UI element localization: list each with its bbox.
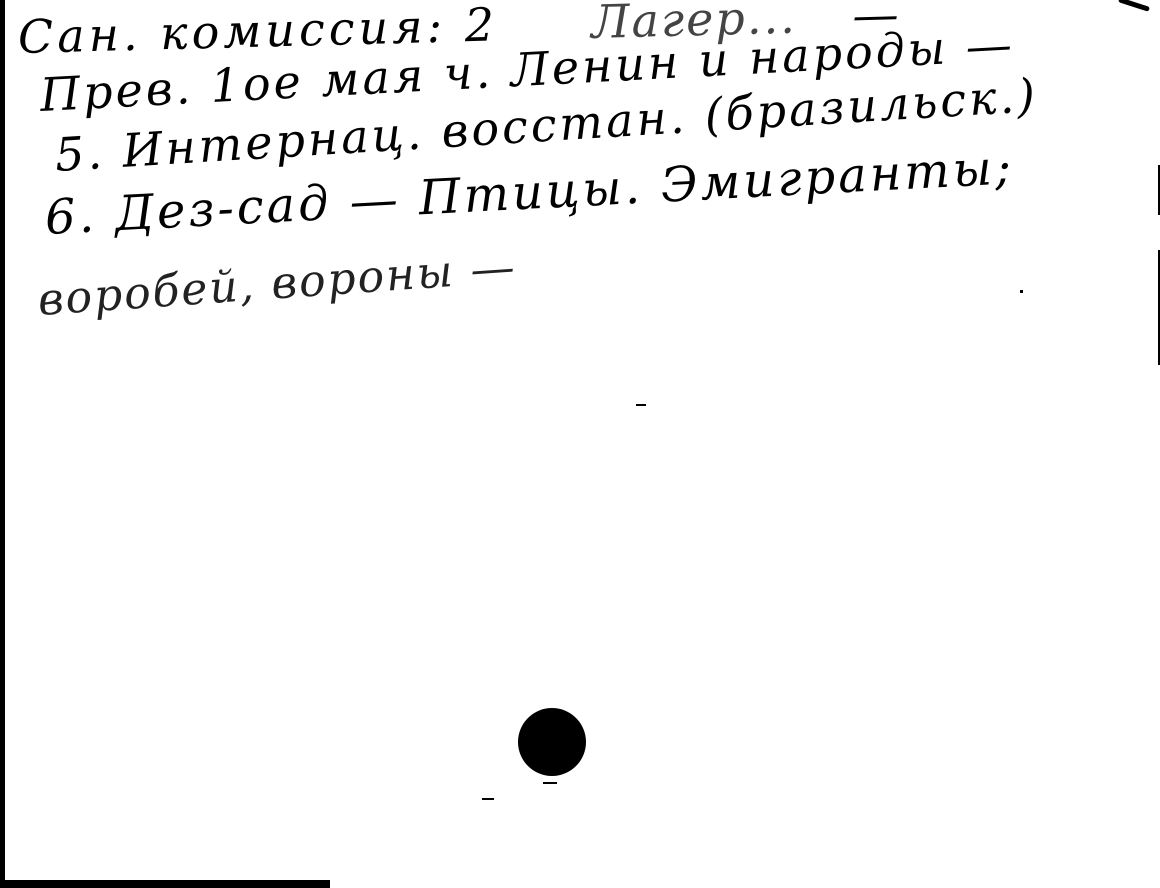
index-card: Сан. комиссия: 2 Лагер... — Прев. 1ое ма… — [0, 0, 1160, 888]
card-bottom-border — [0, 880, 330, 888]
punch-hole — [518, 708, 586, 776]
scan-speck — [543, 782, 557, 784]
corner-ink-mark — [1118, 0, 1150, 12]
scan-speck — [1020, 290, 1023, 293]
card-left-border — [0, 0, 5, 888]
scan-speck — [482, 798, 494, 800]
handwritten-line-5: воробей, вороны — — [36, 242, 518, 326]
scan-speck — [636, 404, 646, 406]
